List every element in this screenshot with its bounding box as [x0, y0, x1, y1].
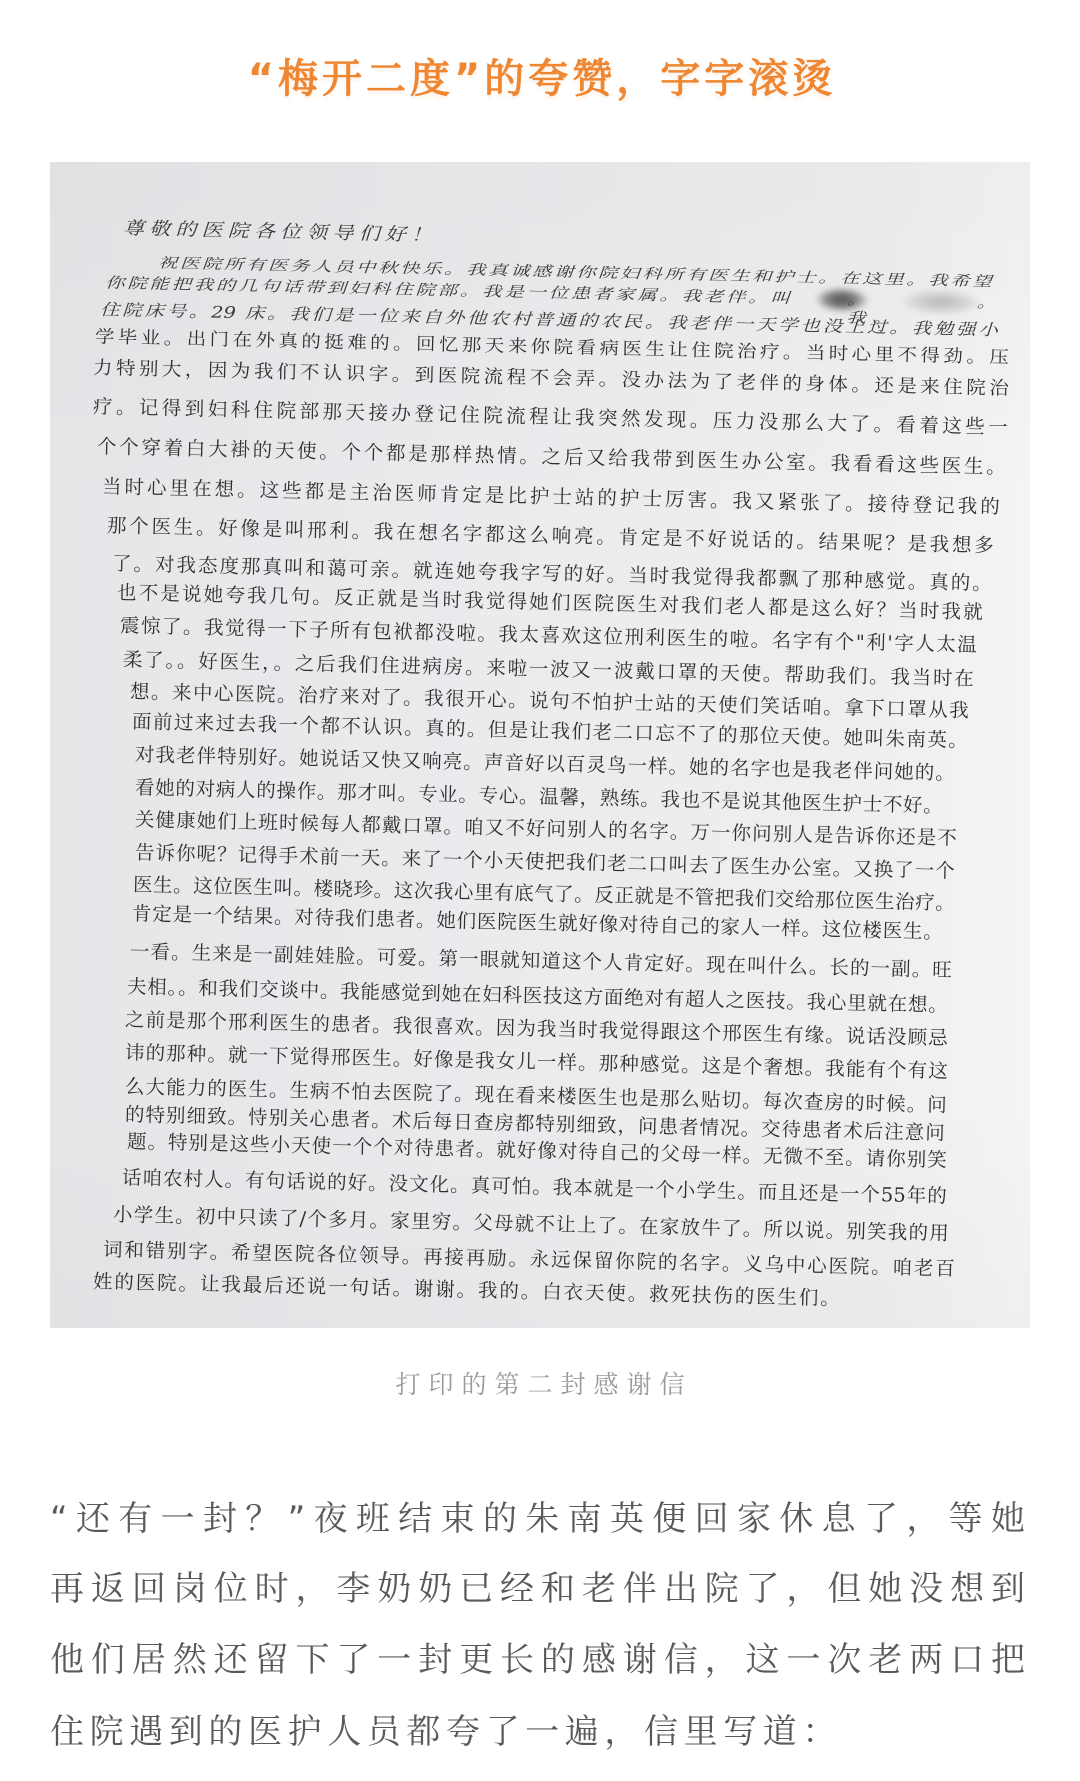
letter-line: 小学生。初中只读了/个多月。家里穷。父母就不让上了。在家放牛了。所以说。别笑我的…: [113, 1203, 949, 1246]
letter-line: 话咱农村人。有句话说的好。没文化。真可怕。我本就是一个小学生。而且还是一个55年…: [122, 1166, 947, 1209]
letter-line: 个个穿着白大褂的天使。个个都是那样热情。之后又给我带到医生办公室。我看看这些医生…: [97, 435, 1006, 480]
blurred-name-redaction: [903, 289, 980, 315]
paragraph-line: 他们居然还留下了一封更长的感谢信，这一次老两口把: [50, 1635, 1030, 1685]
letter-line: 疗。记得到妇科住院部那天接办登记住院流程让我突然发现。压力没那么大了。看着这些一: [93, 395, 1008, 440]
letter-salutation: 尊敬的医院各位领导们好！: [123, 218, 432, 245]
letter-line: 当时心里在想。这些都是主治医师肯定是比护士站的护士厉害。我又紧张了。接待登记我的: [102, 475, 1000, 519]
letter-line: 一看。生来是一副娃娃脸。可爱。第一眼就知道这个人肯定好。现在叫什么。长的一副。旺: [130, 940, 952, 983]
section-heading: “梅开二度”的夸赞，字字滚烫: [0, 51, 1080, 107]
letter-photo[interactable]: 尊敬的医院各位领导们好！ 祝医院所有医务人员中秋快乐。我真诚感谢你院妇科所有医生…: [50, 162, 1030, 1328]
paragraph-line: 再返回岗位时，李奶奶已经和老伴出院了，但她没想到: [50, 1564, 1030, 1614]
paragraph-line: “还有一封？”夜班结束的朱南英便回家休息了，等她: [50, 1494, 1030, 1544]
letter-line-segment: 。: [977, 294, 991, 312]
letter-line-segment: 。我。: [847, 291, 893, 310]
printed-letter: 尊敬的医院各位领导们好！ 祝医院所有医务人员中秋快乐。我真诚感谢你院妇科所有医生…: [50, 162, 1030, 1328]
image-caption: 打印的第二封感谢信: [0, 1367, 1080, 1403]
letter-line: 那个医生。好像是叫邢利。我在想名字都这么响亮。肯定是不好说话的。结果呢？是我想多: [107, 514, 994, 558]
paragraph-line: 住院遇到的医护人员都夸了一遍，信里写道：: [50, 1707, 1030, 1757]
